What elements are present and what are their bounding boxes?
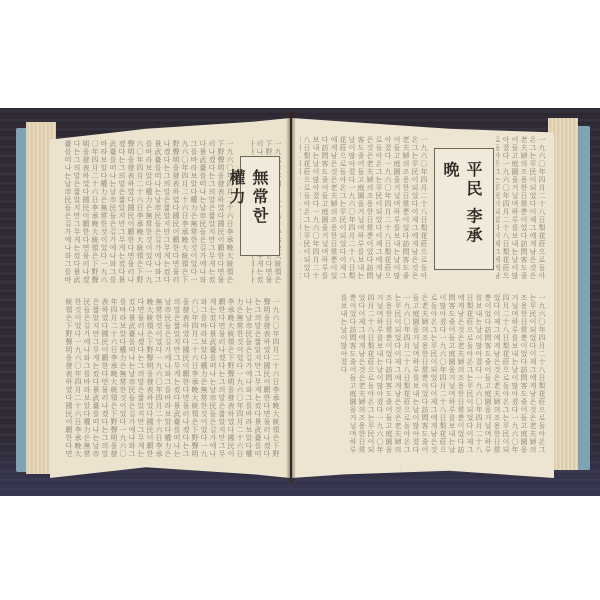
text-column-block: 一九六〇年四月二十八日梨花莊으로돌아온그는平民이되었다이제그에게남은것은老夫婦의… — [496, 136, 546, 286]
left-page: 一九六〇年四月二十六日李承晩大統領은下野聲明을發表하였다國民이願한다면물러나겠다… — [50, 118, 290, 478]
text-column-block: 一九六〇年四月二十六日李承晩大統領은下野聲明을發表하였다國民이願한다면물러나겠다… — [64, 140, 234, 290]
chapter-title: 無常한 權力 — [217, 157, 279, 255]
title-line: 權力 — [227, 169, 246, 207]
text-column-block: 一九六〇年四月二十八日梨花莊으로돌아온그는平民이되었다이제그에게남은것은老夫婦의… — [300, 294, 546, 454]
title-line: 無常한 — [250, 169, 269, 226]
text-column-block: 一九六〇年四月二十六日李承晩大統領은下野聲明을發表하였다國民이願한다면물러나겠다… — [64, 298, 280, 458]
page-number: · — [400, 464, 402, 470]
title-line: 平民 — [464, 161, 483, 199]
book-gutter — [286, 112, 296, 482]
right-page: 一九六〇年四月二十八日梨花莊으로돌아온그는平民이되었다이제그에게남은것은老夫婦의… — [292, 118, 554, 478]
text-column-block: 一九六〇年四月二十八日梨花莊으로돌아온그는平民이되었다이제그에게남은것은老夫婦의… — [300, 136, 428, 286]
page-number: · — [180, 464, 182, 470]
chapter-title: 平民 李承晩 — [431, 149, 493, 269]
chapter-title-box: 平民 李承晩 — [434, 148, 494, 270]
chapter-title-box: 無常한 權力 — [240, 156, 280, 256]
